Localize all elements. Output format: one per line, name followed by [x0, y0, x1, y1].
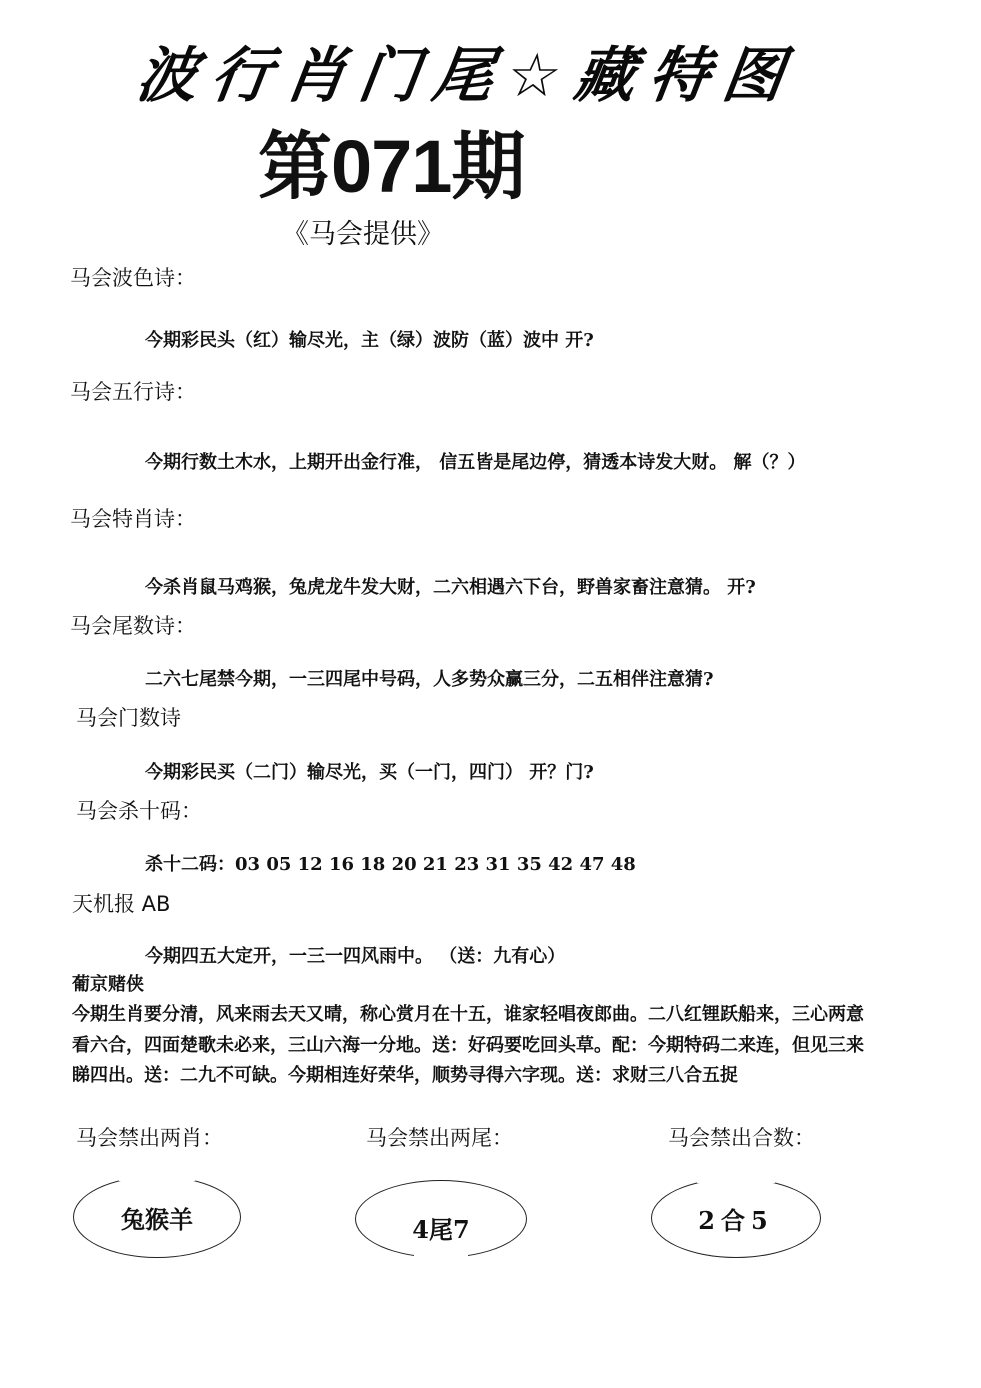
section-heading-five-elements: 马会五行诗：: [70, 376, 196, 406]
section-heading-door-number: 马会门数诗: [76, 702, 181, 732]
forbidden-tail-oval: 4尾7: [355, 1180, 527, 1258]
issue-number: 第071期: [258, 108, 524, 214]
section-text-special-zodiac: 今杀肖鼠马鸡猴，兔虎龙牛发大财，二六相遇六下台，野兽家畜注意猜。 开?: [145, 573, 756, 599]
forbidden-tail-value: 4尾7: [412, 1210, 469, 1245]
provider-label: 《马会提供》: [282, 212, 444, 251]
section-text-door-number: 今期彩民买（二门）输尽光，买（一门，四门） 开？门?: [145, 758, 594, 784]
gambler-title: 葡京赌侠: [72, 970, 144, 996]
section-text-wave-color: 今期彩民头（红）输尽光，主（绿）波防（蓝）波中 开?: [145, 326, 594, 352]
section-heading-kill-numbers: 马会杀十码：: [76, 795, 202, 825]
section-text-kill-numbers: 杀十二码：03 05 12 16 18 20 21 23 31 35 42 47…: [145, 850, 636, 876]
section-text-tail-number: 二六七尾禁今期，一三四尾中号码，人多势众赢三分，二五相伴注意猜?: [145, 665, 714, 691]
forbidden-sum-label: 马会禁出合数：: [668, 1122, 815, 1152]
forbidden-zodiac-label: 马会禁出两肖：: [76, 1122, 223, 1152]
banner-title: 波行肖门尾☆藏特图: [132, 28, 804, 114]
forbidden-zodiac-oval: 兔猴羊: [73, 1176, 241, 1258]
forbidden-sum-value: 2合5: [698, 1201, 773, 1236]
section-heading-tianji: 天机报 AB: [72, 888, 170, 918]
section-heading-special-zodiac: 马会特肖诗：: [70, 503, 196, 533]
forbidden-zodiac-value: 兔猴羊: [121, 1200, 193, 1235]
section-text-five-elements: 今期行数土木水，上期开出金行准， 信五皆是尾边停，猜透本诗发大财。 解（？）: [145, 448, 806, 474]
section-heading-tail-number: 马会尾数诗：: [70, 610, 196, 640]
section-heading-wave-color: 马会波色诗：: [70, 262, 196, 292]
section-text-tianji: 今期四五大定开，一三一四风雨中。 （送：九有心）: [145, 942, 565, 968]
forbidden-tail-label: 马会禁出两尾：: [366, 1122, 513, 1152]
forbidden-sum-oval: 2合5: [651, 1178, 821, 1258]
gambler-paragraph: 今期生肖要分清，风来雨去天又晴，称心赏月在十五，谁家轻唱夜郎曲。二八红锂跃船来，…: [72, 1000, 872, 1092]
